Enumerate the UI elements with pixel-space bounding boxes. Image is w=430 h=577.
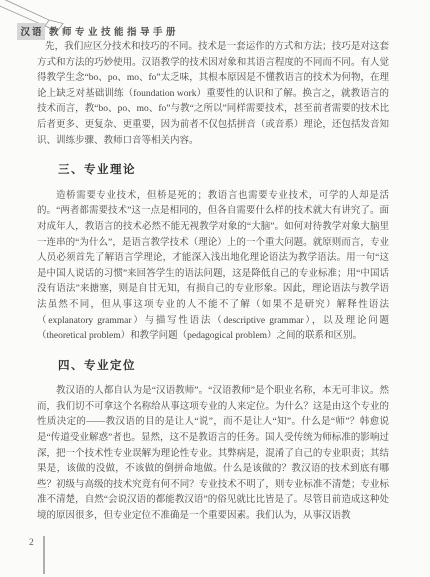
section-heading-theory: 三、专业理论 bbox=[58, 163, 389, 179]
running-head: 汉语 教师专业技能指导手册 bbox=[17, 22, 179, 40]
paragraph-theory: 造桥需要专业技术，但桥是死的；教语言也需要专业技术，可学的人却是活的。“两者都需… bbox=[37, 189, 389, 345]
paragraph-position: 教汉语的人都自认为是“汉语教师”。“汉语教师”是个职业名称，本无可非议。然而，我… bbox=[37, 384, 389, 524]
text-column: 先，我们应区分技术和技巧的不同。技术是一套运作的方式和方法；技巧是对这套方式和方… bbox=[37, 40, 389, 525]
page-number: 2 bbox=[29, 538, 34, 548]
paragraph-intro: 先，我们应区分技术和技巧的不同。技术是一套运作的方式和方法；技巧是对这套方式和方… bbox=[37, 40, 389, 149]
book-page: 汉语 教师专业技能指导手册 先，我们应区分技术和技巧的不同。技术是一套运作的方式… bbox=[0, 0, 430, 577]
section-heading-position: 四、专业定位 bbox=[58, 359, 389, 375]
series-label-box: 汉语 bbox=[17, 23, 45, 40]
page-number-rule bbox=[43, 536, 45, 574]
book-title: 教师专业技能指导手册 bbox=[49, 24, 179, 38]
